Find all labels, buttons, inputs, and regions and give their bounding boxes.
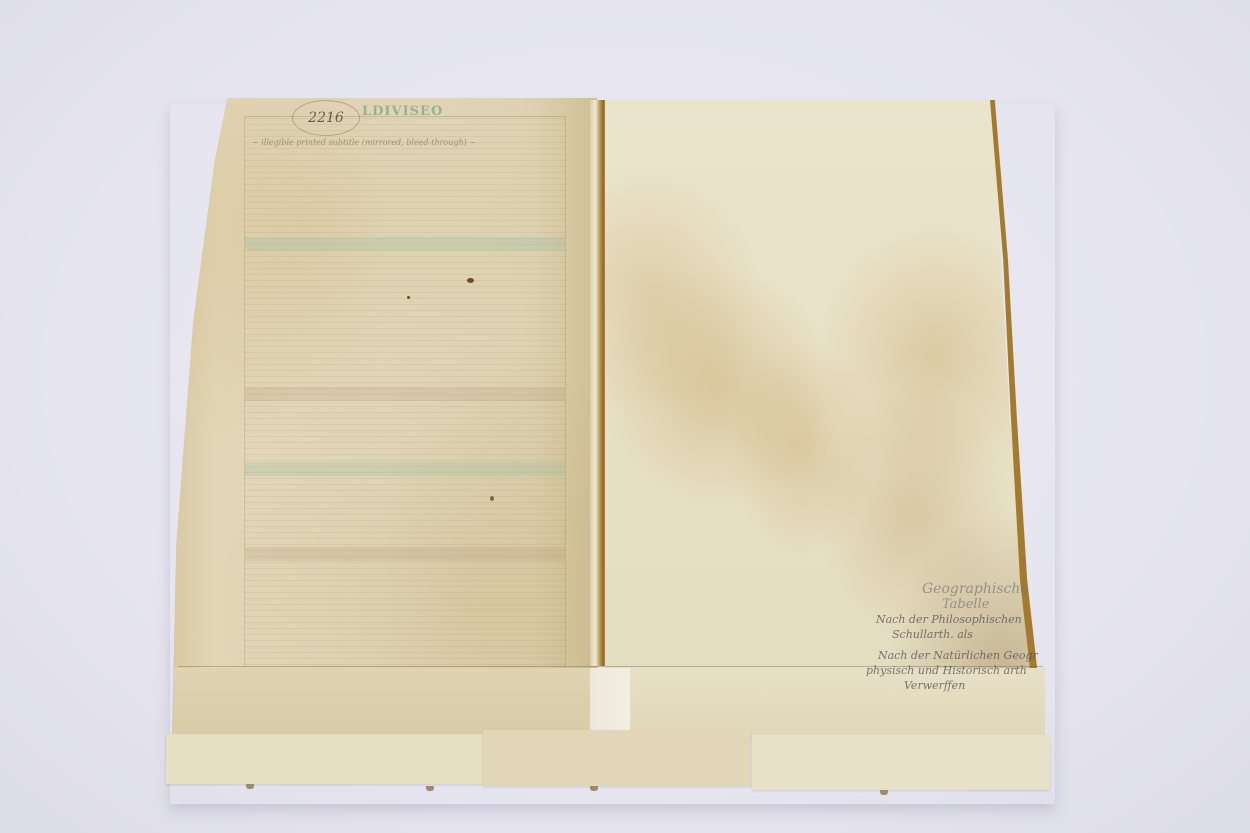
header-title-fragment: LDIVISEO (362, 104, 443, 119)
ink-spot (467, 278, 474, 283)
left-page: 2216 LDIVISEO ~ illegible printed subtit… (172, 98, 597, 734)
brown-stain-band (245, 387, 565, 401)
annotation-line: Geographische (922, 582, 1052, 597)
annotation-line: Tabelle (942, 597, 1052, 612)
green-ink-band (245, 237, 565, 251)
mounting-nub (590, 786, 598, 791)
pencil-annotation: Geographische Tabelle Nach der Philosoph… (872, 582, 1052, 693)
mounting-tab-right (752, 735, 1050, 790)
mounting-nub (426, 786, 434, 791)
annotation-line: Schullarth. als (892, 627, 1052, 642)
mounting-nub (246, 784, 254, 789)
subtitle-line: ~ illegible printed subtitle (mirrored, … (252, 138, 552, 147)
mounting-tab-left (166, 734, 483, 784)
annotation-line: Nach der Natürlichen Geogr (878, 648, 1052, 663)
catalog-number-stamp: 2216 (292, 100, 360, 136)
ink-spot (407, 296, 410, 299)
mounting-nub (880, 790, 888, 795)
lower-fold-strip-middle (590, 668, 630, 734)
annotation-line: Verwerffen (904, 678, 1052, 693)
green-ink-band (245, 462, 565, 476)
ink-spot (490, 496, 494, 501)
lower-fold-strip-left (174, 668, 590, 734)
photo-scene: 2216 LDIVISEO ~ illegible printed subtit… (0, 0, 1250, 833)
mounting-tab-middle (483, 730, 751, 786)
annotation-line: physisch und Historisch arth (866, 663, 1052, 678)
annotation-line: Nach der Philosophischen (876, 612, 1052, 627)
printed-text-area-bleedthrough (244, 116, 566, 678)
brown-stain-band (245, 547, 565, 561)
